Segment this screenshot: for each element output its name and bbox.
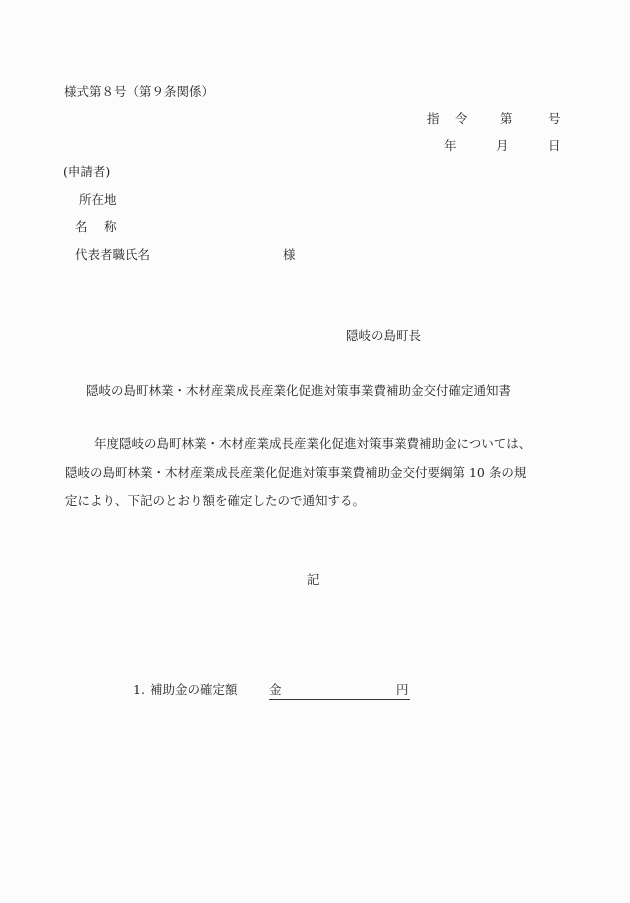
document-title: 隠岐の島町林業・木材産業成長産業化促進対策事業費補助金交付確定通知書 — [86, 383, 511, 399]
order-go: 号 — [548, 111, 561, 127]
date-month: 月 — [496, 138, 509, 154]
name-label-1: 名 — [75, 219, 88, 235]
date-day: 日 — [548, 138, 561, 154]
item-number: 1. — [133, 682, 145, 698]
body-line-1: 年度隠岐の島町林業・木材産業成長産業化促進対策事業費補助金については、 — [94, 436, 531, 452]
applicant-heading: (申請者) — [63, 164, 110, 180]
order-shirei: 指 — [427, 111, 440, 127]
order-dai: 第 — [500, 111, 513, 127]
form-label: 様式第８号（第９条関係） — [64, 84, 214, 100]
amount-field: 金 円 — [269, 682, 410, 700]
address-label: 所在地 — [79, 192, 117, 208]
date-year: 年 — [444, 138, 457, 154]
body-line-2: 隠岐の島町林業・木材産業成長産業化促進対策事業費補助金交付要綱第 10 条の規 — [65, 465, 526, 481]
amount-suffix: 円 — [396, 682, 409, 698]
item-label: 補助金の確定額 — [150, 682, 238, 698]
order-rei: 令 — [455, 111, 468, 127]
body-line-3: 定により、下記のとおり額を確定したので通知する。 — [65, 493, 365, 509]
ki-heading: 記 — [307, 572, 320, 588]
representative-label: 代表者職氏名 — [75, 247, 150, 263]
amount-prefix: 金 — [269, 682, 282, 697]
name-label-2: 称 — [104, 219, 117, 235]
issuer: 隠岐の島町長 — [346, 328, 421, 344]
honorific: 様 — [283, 247, 296, 263]
